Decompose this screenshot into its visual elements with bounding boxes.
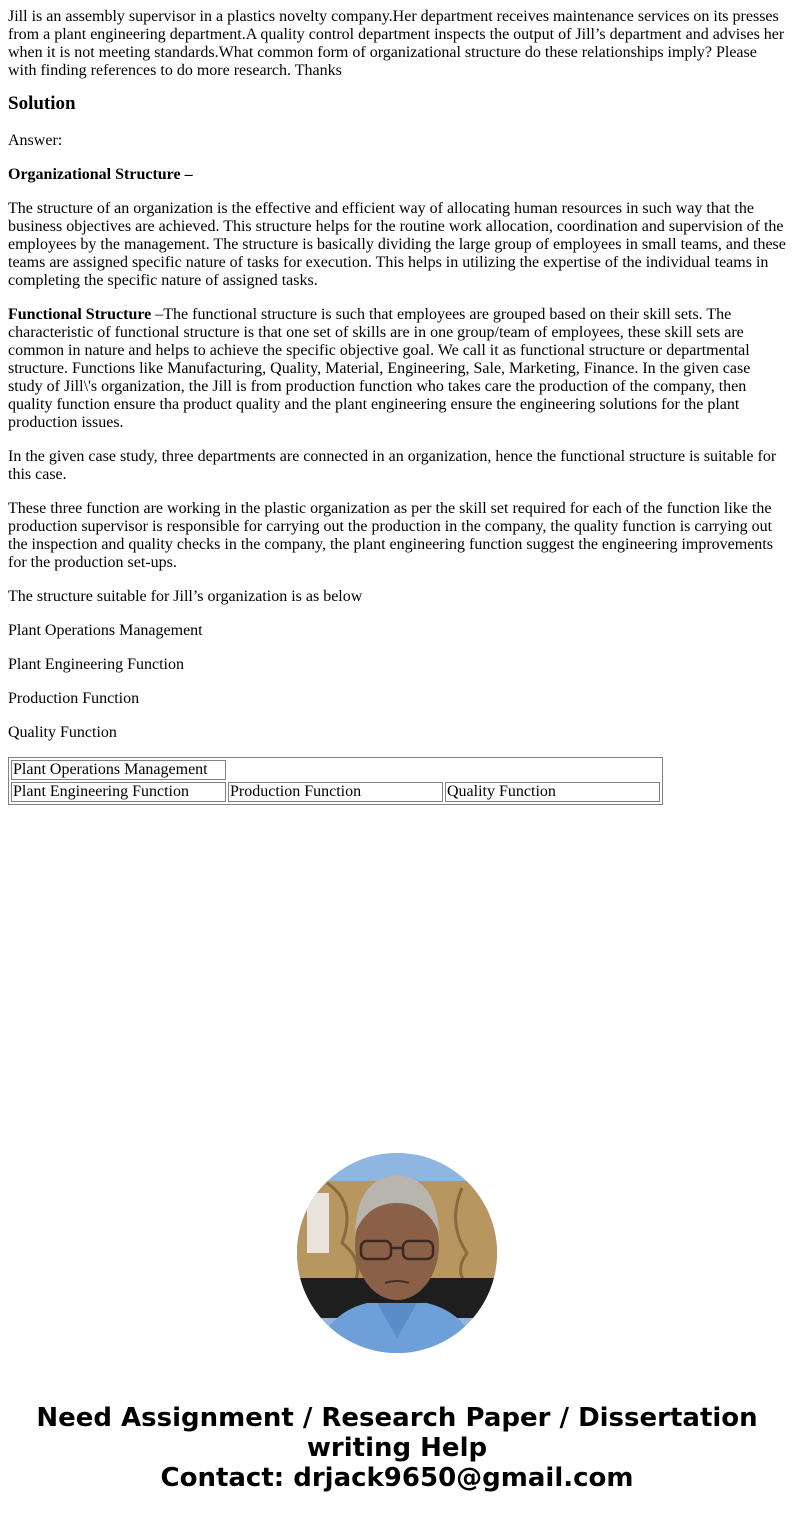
- org-structure-heading-text: Organizational Structure –: [8, 166, 193, 183]
- table-cell-function: Quality Function: [445, 782, 660, 802]
- structure-intro: The structure suitable for Jill’s organi…: [8, 588, 786, 606]
- table-cell-management: Plant Operations Management: [11, 760, 226, 780]
- table-row: Plant Operations Management: [11, 760, 660, 780]
- table-row: Plant Engineering Function Production Fu…: [11, 782, 660, 802]
- solution-heading: Solution: [8, 93, 786, 115]
- promo-line-2: writing Help: [0, 1433, 794, 1463]
- org-structure-paragraph: The structure of an organization is the …: [8, 200, 786, 290]
- org-structure-table: Plant Operations Management Plant Engine…: [8, 757, 663, 805]
- structure-list-item: Production Function: [8, 690, 786, 708]
- three-functions-paragraph: These three function are working in the …: [8, 500, 786, 572]
- case-study-paragraph: In the given case study, three departmen…: [8, 448, 786, 484]
- question-text: Jill is an assembly supervisor in a plas…: [8, 8, 786, 80]
- structure-list-item: Plant Operations Management: [8, 622, 786, 640]
- promo-contact: Contact: drjack9650@gmail.com: [0, 1463, 794, 1493]
- functional-structure-heading: Functional Structure: [8, 306, 151, 323]
- person-photo-icon: [297, 1153, 497, 1353]
- structure-list-item: Quality Function: [8, 724, 786, 742]
- answer-label: Answer:: [8, 132, 786, 150]
- functional-structure-paragraph: Functional Structure –The functional str…: [8, 306, 786, 432]
- table-cell-empty: [228, 760, 660, 780]
- document-body: Jill is an assembly supervisor in a plas…: [0, 0, 794, 805]
- structure-list-item: Plant Engineering Function: [8, 656, 786, 674]
- promo-line-1: Need Assignment / Research Paper / Disse…: [0, 1403, 794, 1433]
- functional-structure-text: –The functional structure is such that e…: [8, 306, 750, 431]
- table-cell-function: Production Function: [228, 782, 443, 802]
- promo-banner: Need Assignment / Research Paper / Disse…: [0, 1403, 794, 1493]
- org-structure-heading: Organizational Structure –: [8, 166, 786, 184]
- author-avatar: [297, 1153, 497, 1353]
- table-cell-function: Plant Engineering Function: [11, 782, 226, 802]
